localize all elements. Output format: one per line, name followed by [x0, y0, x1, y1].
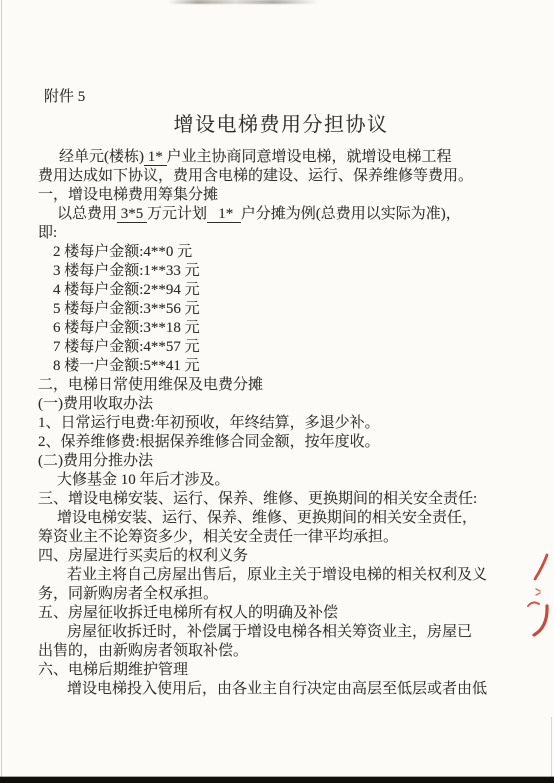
amount-line-floor4: 4 楼每户金额:2**94 元	[38, 281, 524, 300]
section4-body2: 务，同新购房者全权承担。	[38, 585, 524, 604]
section3-heading: 三、增设电梯安装、运行、保养、维修、更换期间的相关安全责任:	[38, 490, 524, 509]
scan-left-edge	[1, 0, 2, 783]
section3-body1: 增设电梯安装、运行、保养、维修、更换期间的相关安全责任，	[38, 509, 524, 528]
scan-bottom-edge	[0, 777, 554, 783]
section2-note: 大修基金 10 年后才涉及。	[38, 471, 524, 490]
scanned-document-page: 附件 5 增设电梯费用分担协议 经单元(楼栋) 1* 户业主协商同意增设电梯，就…	[0, 0, 554, 783]
example-post: 户分摊为例(总费用以实际为准)，	[241, 206, 461, 222]
example-pre: 以总费用	[57, 206, 117, 222]
section4-body1: 若业主将自己房屋出售后，原业主关于增设电梯的相关权利及义	[38, 566, 524, 585]
total-cost-blank: 3*5	[117, 206, 147, 223]
section6-heading: 六、电梯后期维护管理	[38, 661, 524, 680]
section2-item2: 2、保养维修费:根据保养维修合同金额，按年度收。	[38, 433, 524, 452]
red-pen-marks	[524, 550, 554, 642]
section2-heading: 二，电梯日常使用维保及电费分摊	[38, 376, 524, 395]
unit-number-blank: 1*	[144, 149, 167, 166]
section2-sub1: (一)费用收取办法	[38, 395, 524, 414]
intro-line-1: 经单元(楼栋) 1* 户业主协商同意增设电梯，就增设电梯工程	[38, 148, 524, 167]
amount-line-floor5: 5 楼每户金额:3**56 元	[38, 300, 524, 319]
example-mid: 万元计划	[147, 206, 207, 222]
page-title: 增设电梯费用分担协议	[38, 112, 524, 138]
section1-example-line: 以总费用 3*5 万元计划 1* 户分摊为例(总费用以实际为准)，	[38, 205, 524, 224]
section2-item1: 1、日常运行电费:年初预收，年终结算，多退少补。	[38, 414, 524, 433]
scanner-smudge-artifact	[168, 0, 318, 4]
amount-line-floor2: 2 楼每户金额:4**0 元	[38, 243, 524, 262]
section5-heading: 五、房屋征收拆迁电梯所有权人的明确及补偿	[38, 604, 524, 623]
intro-line1-pre: 经单元(楼栋)	[59, 149, 144, 165]
section4-heading: 四、房屋进行买卖后的权利义务	[38, 547, 524, 566]
section5-body2: 出售的，由新购房者领取补偿。	[38, 642, 524, 661]
amount-line-floor8: 8 楼一户金额:5**41 元	[38, 357, 524, 376]
intro-line1-post: 户业主协商同意增设电梯，就增设电梯工程	[167, 149, 452, 165]
amount-line-floor3: 3 楼每户金额:1**33 元	[38, 262, 524, 281]
section2-sub2: (二)费用分推办法	[38, 452, 524, 471]
section3-body2: 筹资业主不论筹资多少，相关安全责任一律平均承担。	[38, 528, 524, 547]
section5-body1: 房屋征收拆迁时，补偿属于增设电梯各相关筹资业主，房屋已	[38, 623, 524, 642]
household-count-blank: 1*	[207, 206, 241, 223]
intro-line-2: 费用达成如下协议，费用含电梯的建设、运行、保养维修等费用。	[38, 167, 524, 186]
scan-right-edge	[551, 717, 552, 777]
section6-body1: 增设电梯投入使用后，由各业主自行决定由高层至低层或者由低	[38, 680, 524, 699]
section1-heading: 一，增设电梯费用筹集分摊	[38, 186, 524, 205]
amount-line-floor7: 7 楼每户金额:4**57 元	[38, 338, 524, 357]
attachment-label: 附件 5	[38, 88, 524, 107]
amount-line-floor6: 6 楼每户金额:3**18 元	[38, 319, 524, 338]
namely-label: 即:	[38, 224, 524, 243]
document-body: 附件 5 增设电梯费用分担协议 经单元(楼栋) 1* 户业主协商同意增设电梯，就…	[38, 88, 524, 699]
